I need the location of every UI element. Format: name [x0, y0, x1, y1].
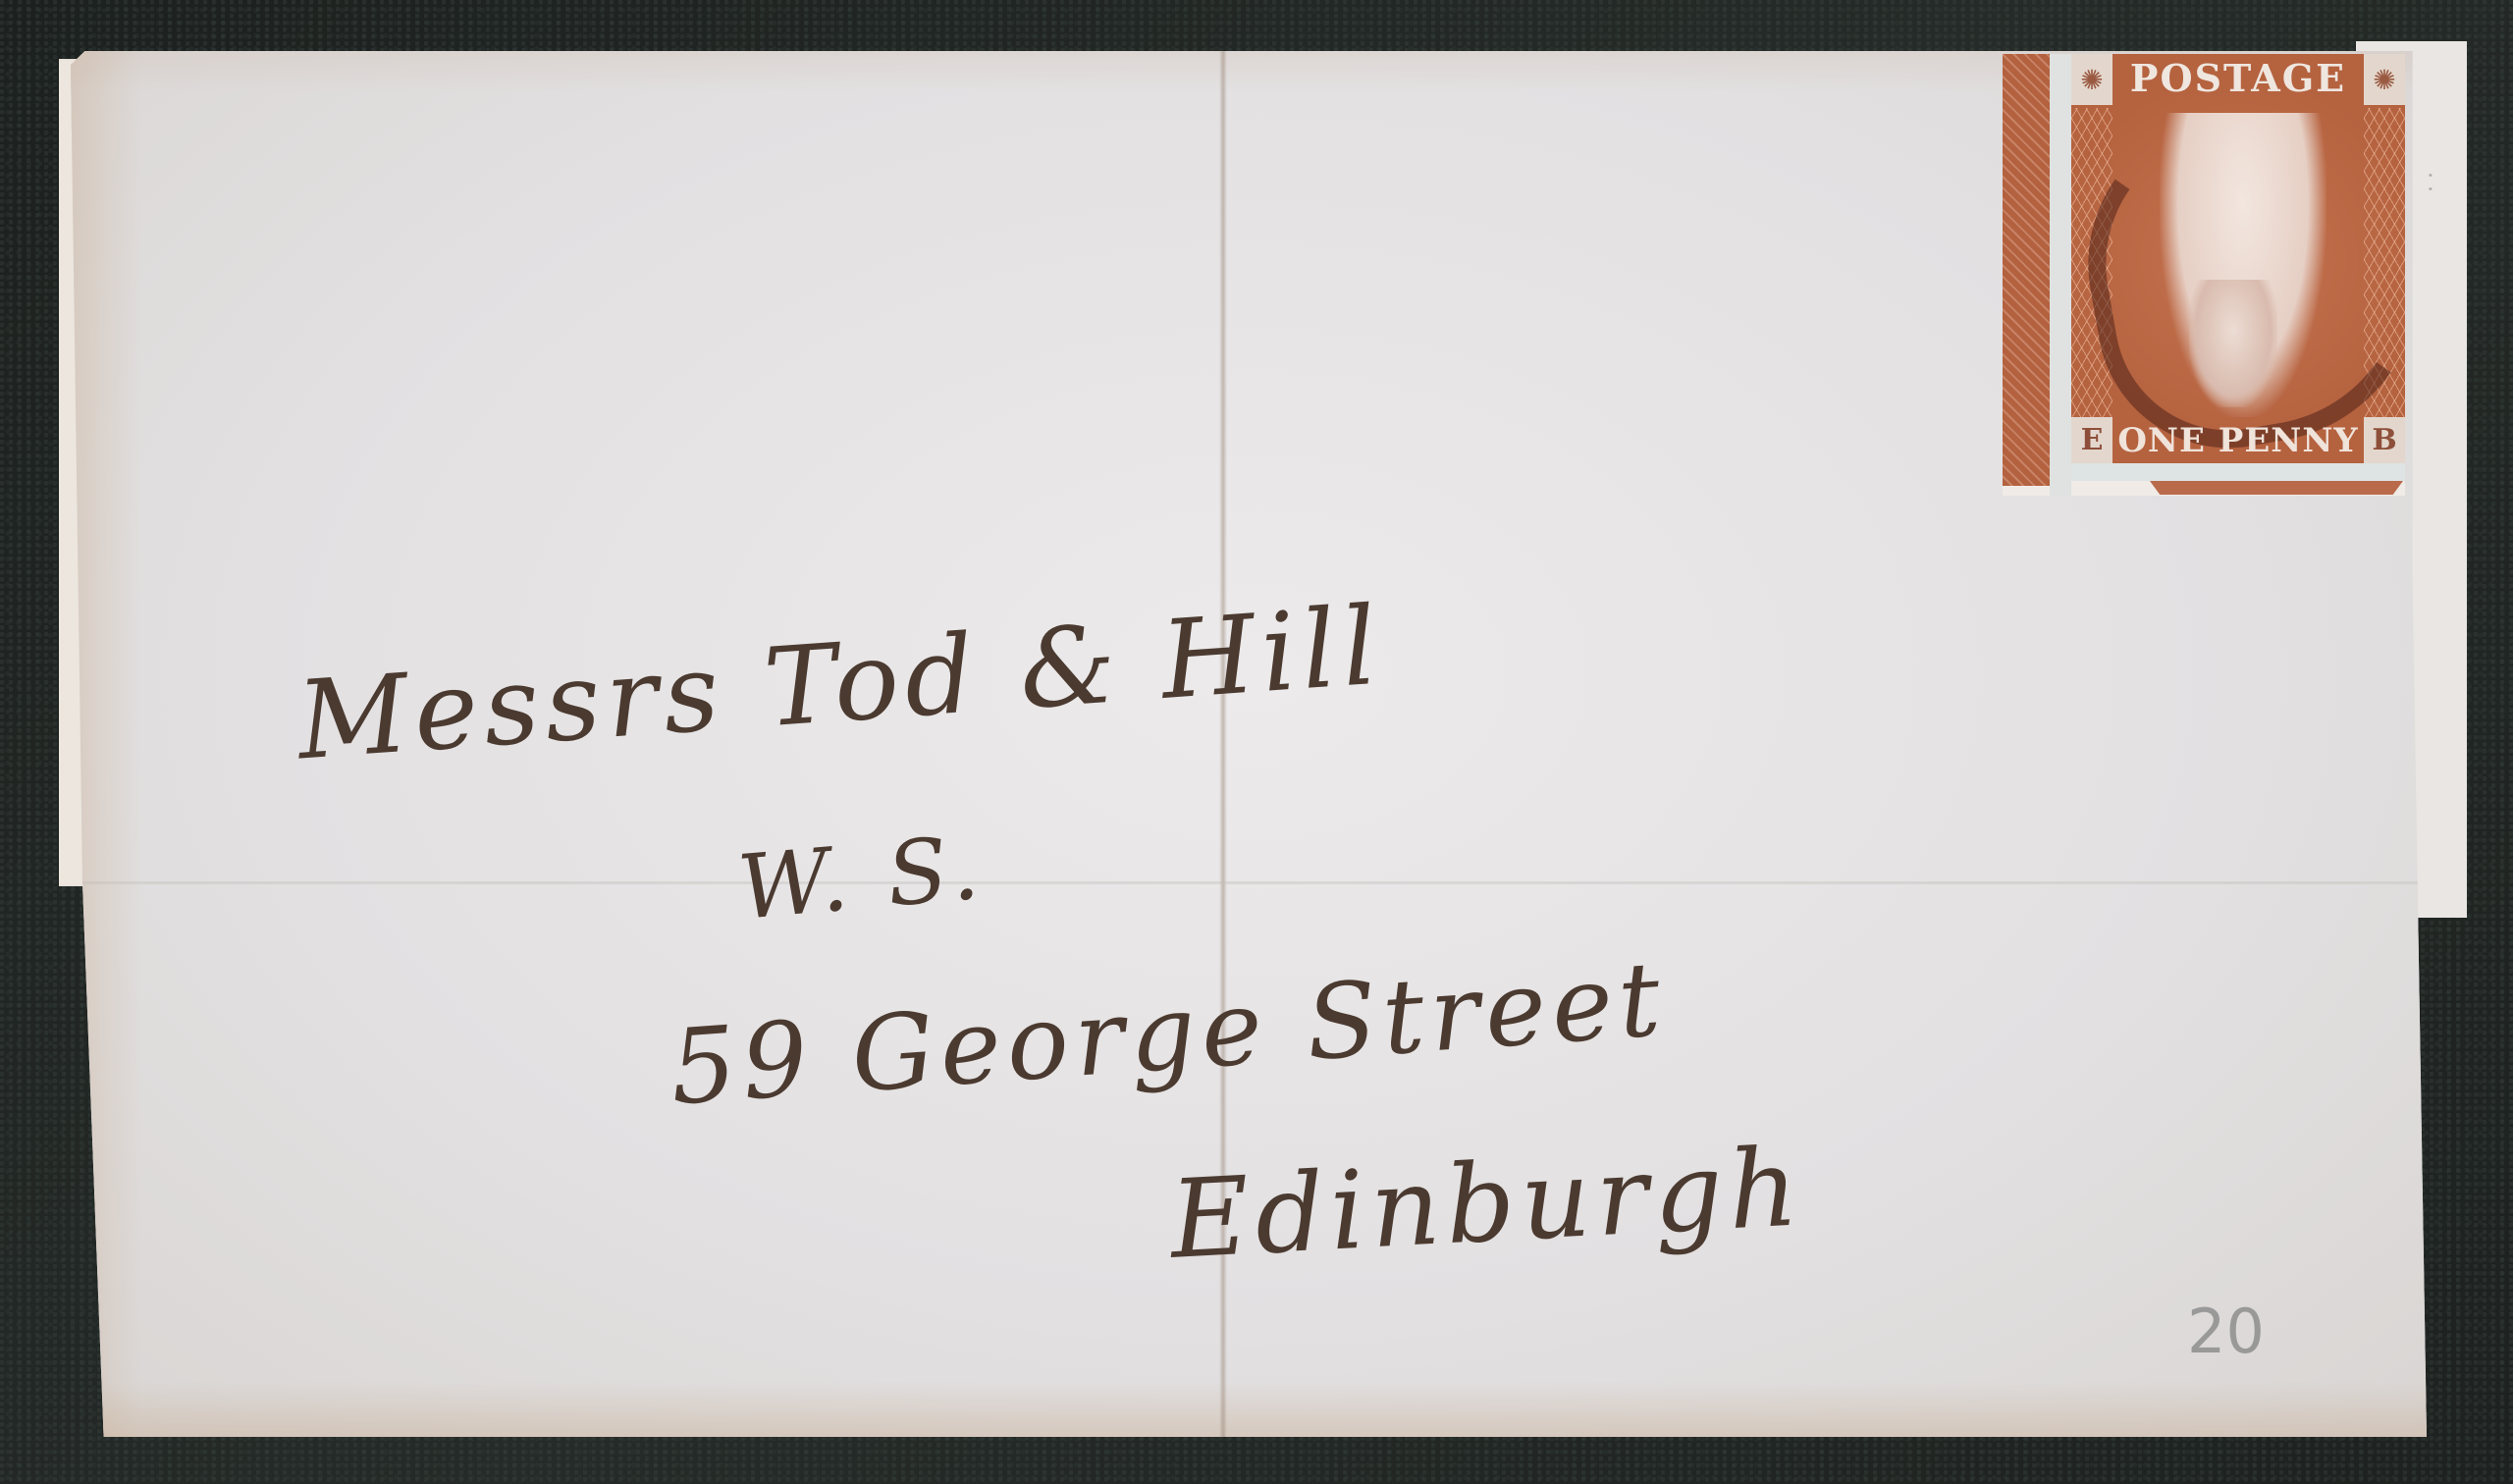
pencil-margin-marks: · · [2417, 172, 2441, 192]
stamp-value-label: ONE PENNY [2112, 417, 2364, 463]
adjacent-stamp-fragment-bottom [2150, 481, 2403, 495]
address-title: W. S. [734, 816, 989, 939]
stamp-gutter [2050, 54, 2071, 496]
address-street: 59 George Street [667, 939, 1670, 1129]
stamp-margin [2071, 463, 2405, 481]
horizontal-fold-crease [71, 881, 2427, 884]
address-city: Edinburgh [1167, 1124, 1807, 1283]
stamp-design: ✺ ✺ POSTAGE E ONE PENNY B [2071, 54, 2405, 463]
adjacent-stamp-fragment-left [2003, 54, 2050, 486]
penny-red-stamp: ✺ ✺ POSTAGE E ONE PENNY B [2003, 54, 2405, 496]
stamp-postage-label: POSTAGE [2112, 56, 2364, 100]
check-letter-right: B [2364, 417, 2405, 463]
star-ornament-icon: ✺ [2071, 54, 2112, 105]
star-ornament-icon: ✺ [2364, 54, 2405, 105]
check-letter-left: E [2071, 417, 2112, 463]
stamp-value-panel: E ONE PENNY B [2071, 417, 2405, 463]
pencil-lot-number: 20 [2187, 1296, 2265, 1367]
